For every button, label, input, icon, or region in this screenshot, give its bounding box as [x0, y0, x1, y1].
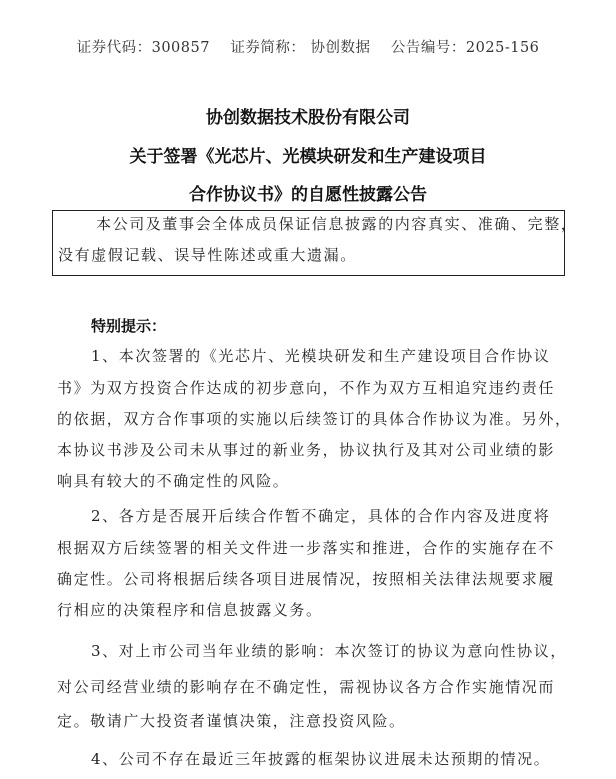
item-1-line-4: 本协议书涉及公司未从事过的新业务，协议执行及其对公司业绩的影: [57, 439, 555, 460]
item-3-line-3: 定。敬请广大投资者谨慎决策，注意投资风险。: [57, 710, 406, 731]
item-1-line-3: 的依据，双方合作事项的实施以后续签订的具体合作协议为准。另外，: [57, 408, 572, 429]
item-2-line-4: 行相应的决策程序和信息披露义务。: [57, 599, 323, 620]
item-3-line-2: 对公司经营业绩的影响存在不确定性，需视协议各方合作实施情况而: [57, 676, 555, 697]
item-4-line-1: 4、公司不存在最近三年披露的框架协议进展未达预期的情况。: [91, 748, 550, 769]
announcement-header: 证券代码：300857 证券简称： 协创数据 公告编号：2025-156: [0, 36, 616, 57]
notice-line-2: 没有虚假记载、误导性陈述或重大遗漏。: [58, 244, 357, 265]
item-1-line-5: 响具有较大的不确定性的风险。: [57, 470, 289, 491]
item-2-line-3: 确定性。公司将根据后续各项目进展情况，按照相关法律法规要求履: [57, 568, 555, 589]
special-notice-heading: 特别提示：: [91, 315, 166, 336]
item-3-line-1: 3、对上市公司当年业绩的影响：本次签订的协议为意向性协议，: [91, 640, 567, 661]
company-name-title: 协创数据技术股份有限公司: [0, 103, 616, 128]
item-2-line-1: 2、各方是否展开后续合作暂不确定，具体的合作内容及进度将: [91, 505, 550, 526]
item-2-line-2: 根据双方后续签署的相关文件进一步落实和推进，合作的实施存在不: [57, 537, 555, 558]
announcement-title-line-2: 合作协议书》的自愿性披露公告: [0, 180, 616, 205]
item-1-line-2: 书》为双方投资合作达成的初步意向，不作为双方互相追究违约责任: [57, 377, 555, 398]
notice-line-1: 本公司及董事会全体成员保证信息披露的内容真实、准确、完整，: [96, 213, 577, 234]
item-1-line-1: 1、本次签署的《光芯片、光模块研发和生产建设项目合作协议: [91, 345, 550, 366]
announcement-title-line-1: 关于签署《光芯片、光模块研发和生产建设项目: [0, 142, 616, 167]
